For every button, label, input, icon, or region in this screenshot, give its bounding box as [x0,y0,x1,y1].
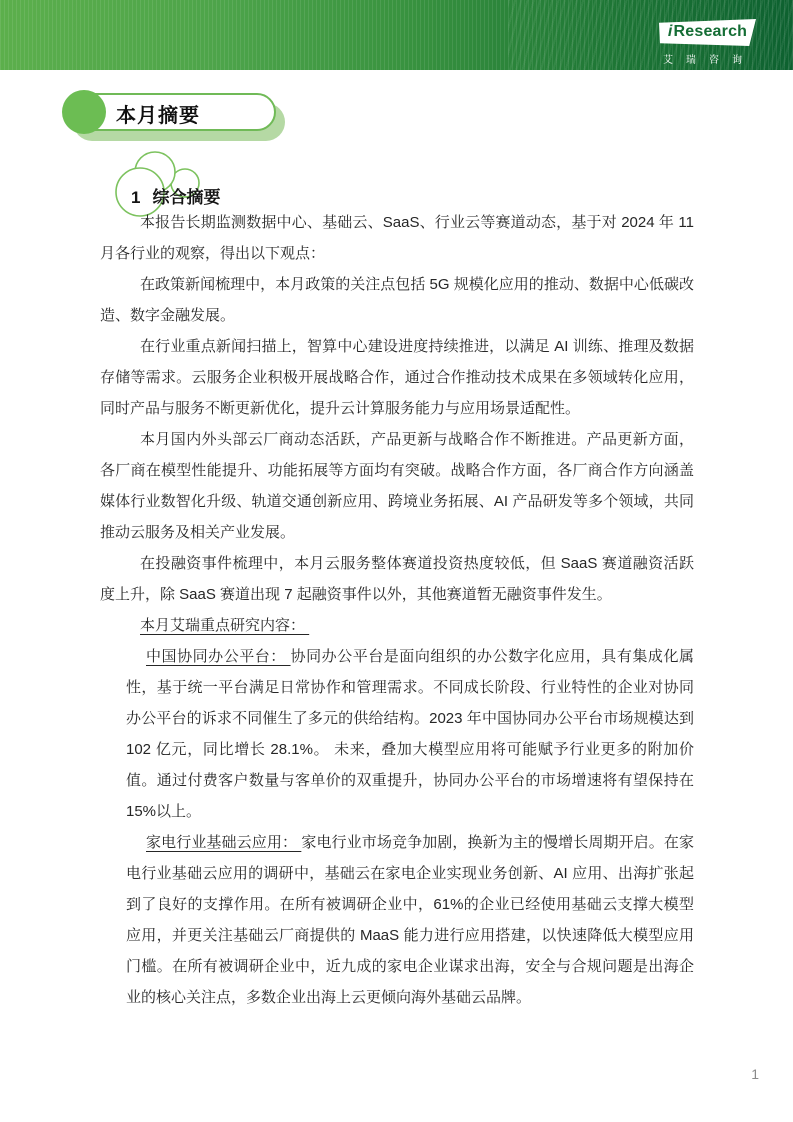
section-heading: 1综合摘要 [131,183,220,208]
logo-brand-rest: Research [674,23,748,40]
collaborative-office-lead: 中国协同办公平台： [146,648,291,665]
paragraph-home-appliance-cloud: 家电行业基础云应用： 家电行业市场竞争加剧，换新为主的慢增长周期开启。在家电行业… [126,827,694,1013]
home-appliance-cloud-lead: 家电行业基础云应用： [146,834,301,851]
report-page: iResearch 艾瑞咨询 本月摘要 1综合摘要 本报告长期监测数据中心、基础… [0,0,793,1122]
section-title: 综合摘要 [152,188,220,207]
title-banner: 本月摘要 [64,93,286,143]
paragraph-policy-news: 在政策新闻梳理中，本月政策的关注点包括 5G 规模化应用的推动、数据中心低碳改造… [100,269,694,331]
logo-brand-i: i [668,23,673,40]
iresearch-logo: iResearch 艾瑞咨询 [659,19,756,66]
paragraph-investment: 在投融资事件梳理中，本月云服务整体赛道投资热度较低，但 SaaS 赛道融资活跃度… [100,548,694,610]
paragraph-research-content-heading: 本月艾瑞重点研究内容： [100,610,694,641]
paragraph-overview: 本报告长期监测数据中心、基础云、SaaS、行业云等赛道动态，基于对 2024 年… [100,207,694,269]
banner-circle-icon [62,90,106,134]
paragraph-vendor-updates: 本月国内外头部云厂商动态活跃，产品更新与战略合作不断推进。产品更新方面，各厂商在… [100,424,694,548]
paragraph-collaborative-office: 中国协同办公平台： 协同办公平台是面向组织的办公数字化应用，具有集成化属性，基于… [126,641,694,827]
section-number: 1 [131,188,140,207]
paragraph-industry-news: 在行业重点新闻扫描上，智算中心建设进度持续推进，以满足 AI 训练、推理及数据存… [100,331,694,424]
logo-subtitle: 艾瑞咨询 [659,51,756,66]
header-band: iResearch 艾瑞咨询 [0,0,793,70]
page-title: 本月摘要 [116,99,200,128]
content-area: 本报告长期监测数据中心、基础云、SaaS、行业云等赛道动态，基于对 2024 年… [100,207,694,1013]
home-appliance-cloud-text: 家电行业市场竞争加剧，换新为主的慢增长周期开启。在家电行业基础云应用的调研中，基… [126,834,694,1006]
iresearch-logo-flag: iResearch [659,19,756,46]
collaborative-office-text: 协同办公平台是面向组织的办公数字化应用，具有集成化属性，基于统一平台满足日常协作… [126,648,694,820]
page-number: 1 [751,1066,759,1082]
research-content-heading-text: 本月艾瑞重点研究内容： [140,617,309,634]
